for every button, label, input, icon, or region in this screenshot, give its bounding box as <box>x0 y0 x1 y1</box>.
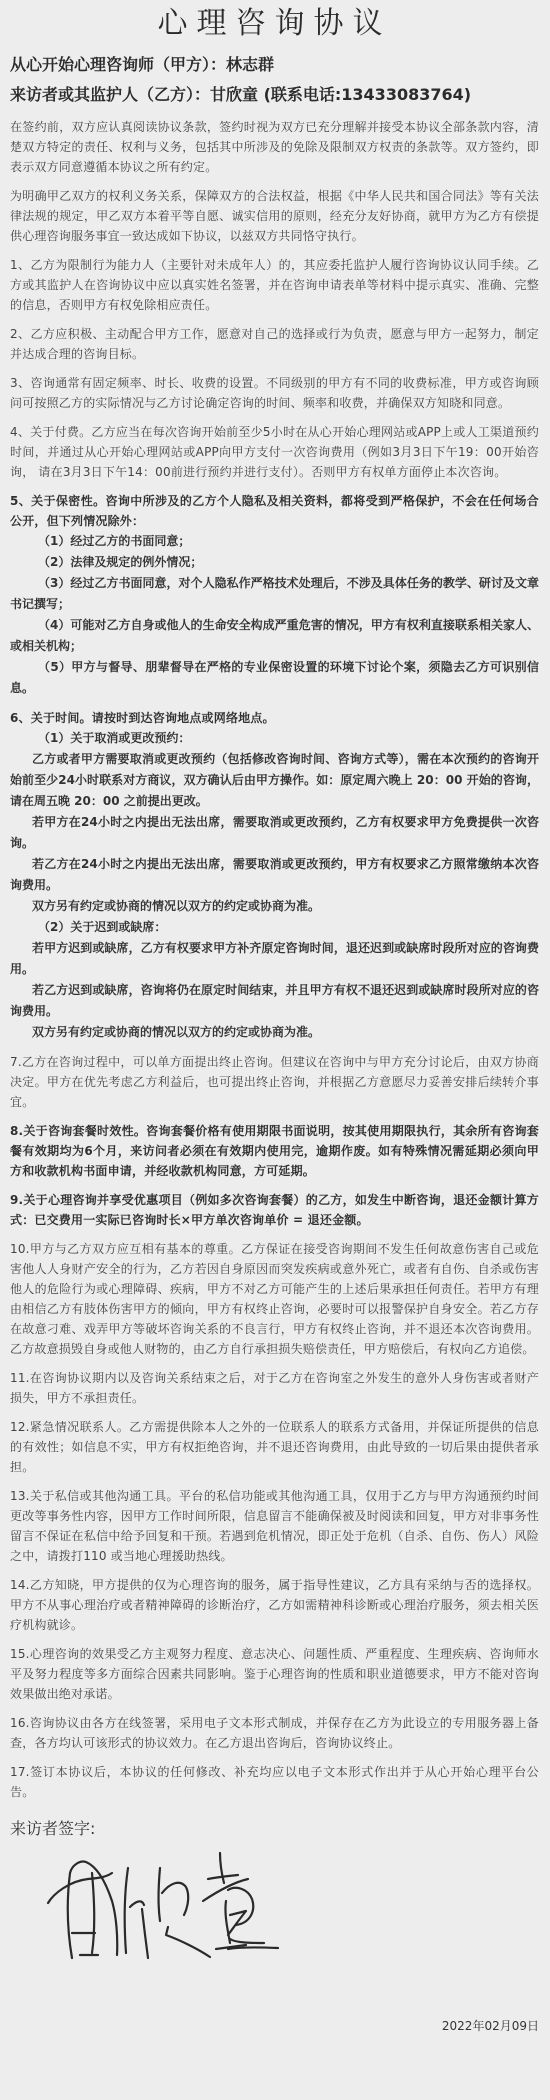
clause-6-1-paragraph-1: 乙方或者甲方需要取消或更改预约（包括修改咨询时间、咨询方式等），需在本次预约的咨… <box>10 749 539 812</box>
clause-15: 15.心理咨询的效果受乙方主观努力程度、意志决心、问题性质、严重程度、生理疾病、… <box>10 1644 539 1704</box>
clause-7: 7.乙方在咨询过程中，可以单方面提出终止咨询。但建议在咨询中与甲方充分讨论后，由… <box>10 1052 539 1112</box>
clause-5-confidentiality: 5、关于保密性。咨询中所涉及的乙方个人隐私及相关资料，都将受到严格保护，不会在任… <box>10 491 539 531</box>
clause-6-1-paragraph-2: 若甲方在24小时之内提出无法出席，需要取消或更改预约，乙方有权要求甲方免费提供一… <box>10 812 539 854</box>
clause-6-time: 6、关于时间。请按时到达咨询地点或网络地点。 <box>10 708 539 728</box>
clause-10: 10.甲方与乙方双方应互相有基本的尊重。乙方保证在接受咨询期间不发生任何故意伤害… <box>10 1239 539 1359</box>
clause-9: 9.关于心理咨询并享受优惠项目（例如多次咨询套餐）的乙方，如发生中断咨询，退还金… <box>10 1190 539 1230</box>
clause-2: 2、乙方应积极、主动配合甲方工作，愿意对自己的选择或行为负责，愿意与甲方一起努力… <box>10 324 539 364</box>
clause-5-item-5: （5）甲方与督导、朋辈督导在严格的专业保密设置的环境下讨论个案，须隐去乙方可识别… <box>10 657 539 699</box>
clause-6-1-title: （1）关于取消或更改预约： <box>10 728 539 749</box>
page-title: 心理咨询协议 <box>10 0 539 42</box>
clause-5-item-4: （4）可能对乙方自身或他人的生命安全构成严重危害的情况，甲方有权利直接联系相关家… <box>10 615 539 657</box>
clause-6-1-paragraph-4: 双方另有约定或协商的情况以双方的约定或协商为准。 <box>10 896 539 917</box>
clause-6-2-paragraph-1: 若甲方迟到或缺席，乙方有权要求甲方补齐原定咨询时间，退还迟到或缺席时段所对应的咨… <box>10 938 539 980</box>
clause-11: 11.在咨询协议期内以及咨询关系结束之后，对于乙方在咨询室之外发生的意外人身伤害… <box>10 1368 539 1408</box>
clause-5-item-2: （2）法律及规定的例外情况； <box>10 552 539 573</box>
agreement-page: 心理咨询协议 从心开始心理咨询师（甲方）：林志群 来访者或其监护人（乙方）：甘欣… <box>0 0 550 2100</box>
clause-5-item-1: （1）经过乙方的书面同意； <box>10 531 539 552</box>
party-a-line: 从心开始心理咨询师（甲方）：林志群 <box>10 55 539 75</box>
clause-3: 3、咨询通常有固定频率、时长、收费的设置。不同级别的甲方有不同的收费标准，甲方或… <box>10 373 539 413</box>
clause-8: 8.关于咨询套餐时效性。咨询套餐价格有使用期限书面说明，按其使用期限执行，其余所… <box>10 1121 539 1181</box>
clause-14: 14.乙方知晓，甲方提供的仅为心理咨询的服务，属于指导性建议，乙方具有采纳与否的… <box>10 1575 539 1635</box>
signing-date: 2022年02月09日 <box>442 2017 539 2034</box>
clause-5-item-3: （3）经过乙方书面同意，对个人隐私作严格技术处理后，不涉及具体任务的教学、研讨及… <box>10 573 539 615</box>
clause-1: 1、乙方为限制行为能力人（主要针对未成年人）的，其应委托监护人履行咨询协议认同手… <box>10 255 539 315</box>
clause-6-2-paragraph-2: 若乙方迟到或缺席，咨询将仍在原定时间结束，并且甲方有权不退还迟到或缺席时段所对应… <box>10 980 539 1022</box>
clause-6-1-paragraph-3: 若乙方在24小时之内提出无法出席，需要取消或更改预约，甲方有权要求乙方照常缴纳本… <box>10 854 539 896</box>
party-b-line: 来访者或其监护人（乙方）：甘欣童 (联系电话:13433083764) <box>10 85 539 105</box>
clause-6-2-title: （2）关于迟到或缺席： <box>10 917 539 938</box>
clause-13: 13.关于私信或其他沟通工具。平台的私信功能或其他沟通工具，仅用于乙方与甲方沟通… <box>10 1486 539 1566</box>
preamble-paragraph-2: 为明确甲乙双方的权利义务关系，保障双方的合法权益，根据《中华人民共和国合同法》等… <box>10 186 539 246</box>
clause-6-2-paragraph-3: 双方另有约定或协商的情况以双方的约定或协商为准。 <box>10 1022 539 1043</box>
handwritten-signature <box>40 1835 300 1985</box>
clause-4: 4、关于付费。乙方应当在每次咨询开始前至少5小时在从心开始心理网站或APP上或人… <box>10 422 539 482</box>
clause-12: 12.紧急情况联系人。乙方需提供除本人之外的一位联系人的联系方式备用，并保证所提… <box>10 1417 539 1477</box>
clause-16: 16.咨询协议由各方在线签署，采用电子文本形式制成，并保存在乙方为此设立的专用服… <box>10 1713 539 1753</box>
preamble-paragraph-1: 在签约前，双方应认真阅读协议条款，签约时视为双方已充分理解并接受本协议全部条款内… <box>10 117 539 177</box>
clause-17: 17.签订本协议后，本协议的任何修改、补充均应以电子文本形式作出并于从心开始心理… <box>10 1762 539 1802</box>
